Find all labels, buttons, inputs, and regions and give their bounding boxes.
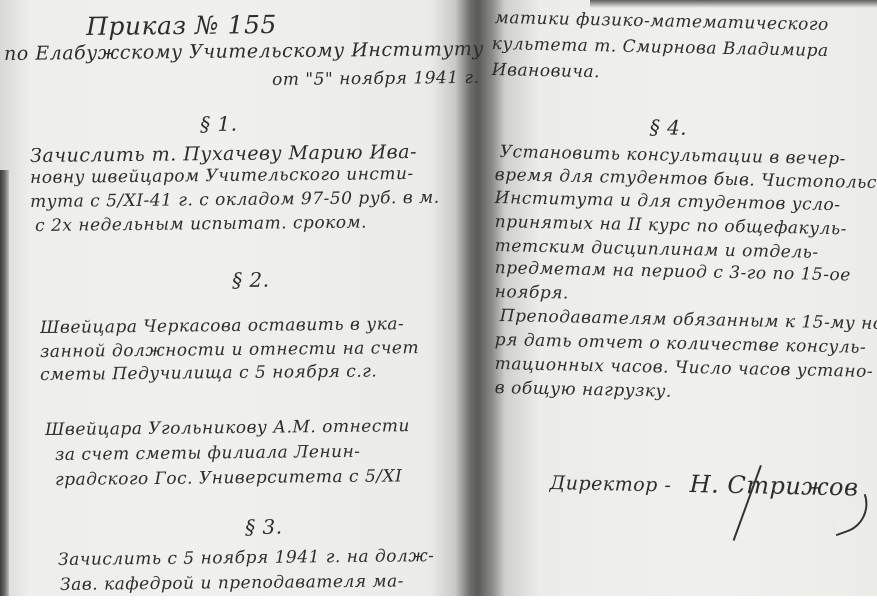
section-1-line: тута с 5/XI-41 г. с окладом 97-50 руб. в… bbox=[30, 188, 440, 212]
scan-bottom-border bbox=[0, 596, 877, 600]
order-title: Приказ № 155 bbox=[86, 10, 277, 41]
section-2-line: Швейцара Черкасова оставить в ука- bbox=[40, 314, 404, 338]
section-1-line: Зачислить т. Пухачеву Марию Ива- bbox=[30, 141, 417, 167]
signature-name: Н. Стрижов bbox=[689, 470, 858, 502]
section-3-heading: § 3. bbox=[245, 515, 283, 539]
section-1-heading: § 1. bbox=[200, 112, 238, 136]
section-2-line: сметы Педучилища с 5 ноября с.г. bbox=[40, 361, 377, 385]
section-3-line: Зав. кафедрой и преподавателя ма- bbox=[60, 571, 404, 595]
section-1-line: новну швейцаром Учительского инсти- bbox=[30, 164, 414, 188]
section-2-extra-line: Швейцара Угольникову А.М. отнести bbox=[45, 416, 410, 440]
left-page-edge-shadow bbox=[0, 170, 9, 600]
section-4-line: ноября. bbox=[495, 282, 570, 304]
section-4-line: в общую нагрузку. bbox=[495, 378, 672, 402]
section-2-heading: § 2. bbox=[232, 268, 270, 292]
section-1-line: с 2х недельным испытат. сроком. bbox=[35, 213, 367, 236]
top-edge-shadow bbox=[590, 0, 877, 8]
section-3-line: Зачислить с 5 ноября 1941 г. на долж- bbox=[58, 546, 434, 570]
section-2-extra-line: за счет сметы филиала Ленин- bbox=[55, 442, 361, 465]
section-4-heading: § 4. bbox=[649, 115, 687, 140]
order-date: от "5" ноября 1941 г. bbox=[272, 68, 480, 90]
section-2-line: занной должности и отнести на счет bbox=[40, 338, 419, 362]
signature-label: Директор - bbox=[550, 472, 672, 497]
section-2-extra-line: градского Гос. Университета с 5/XI bbox=[55, 466, 402, 490]
continuation-line: Ивановича. bbox=[492, 60, 601, 82]
